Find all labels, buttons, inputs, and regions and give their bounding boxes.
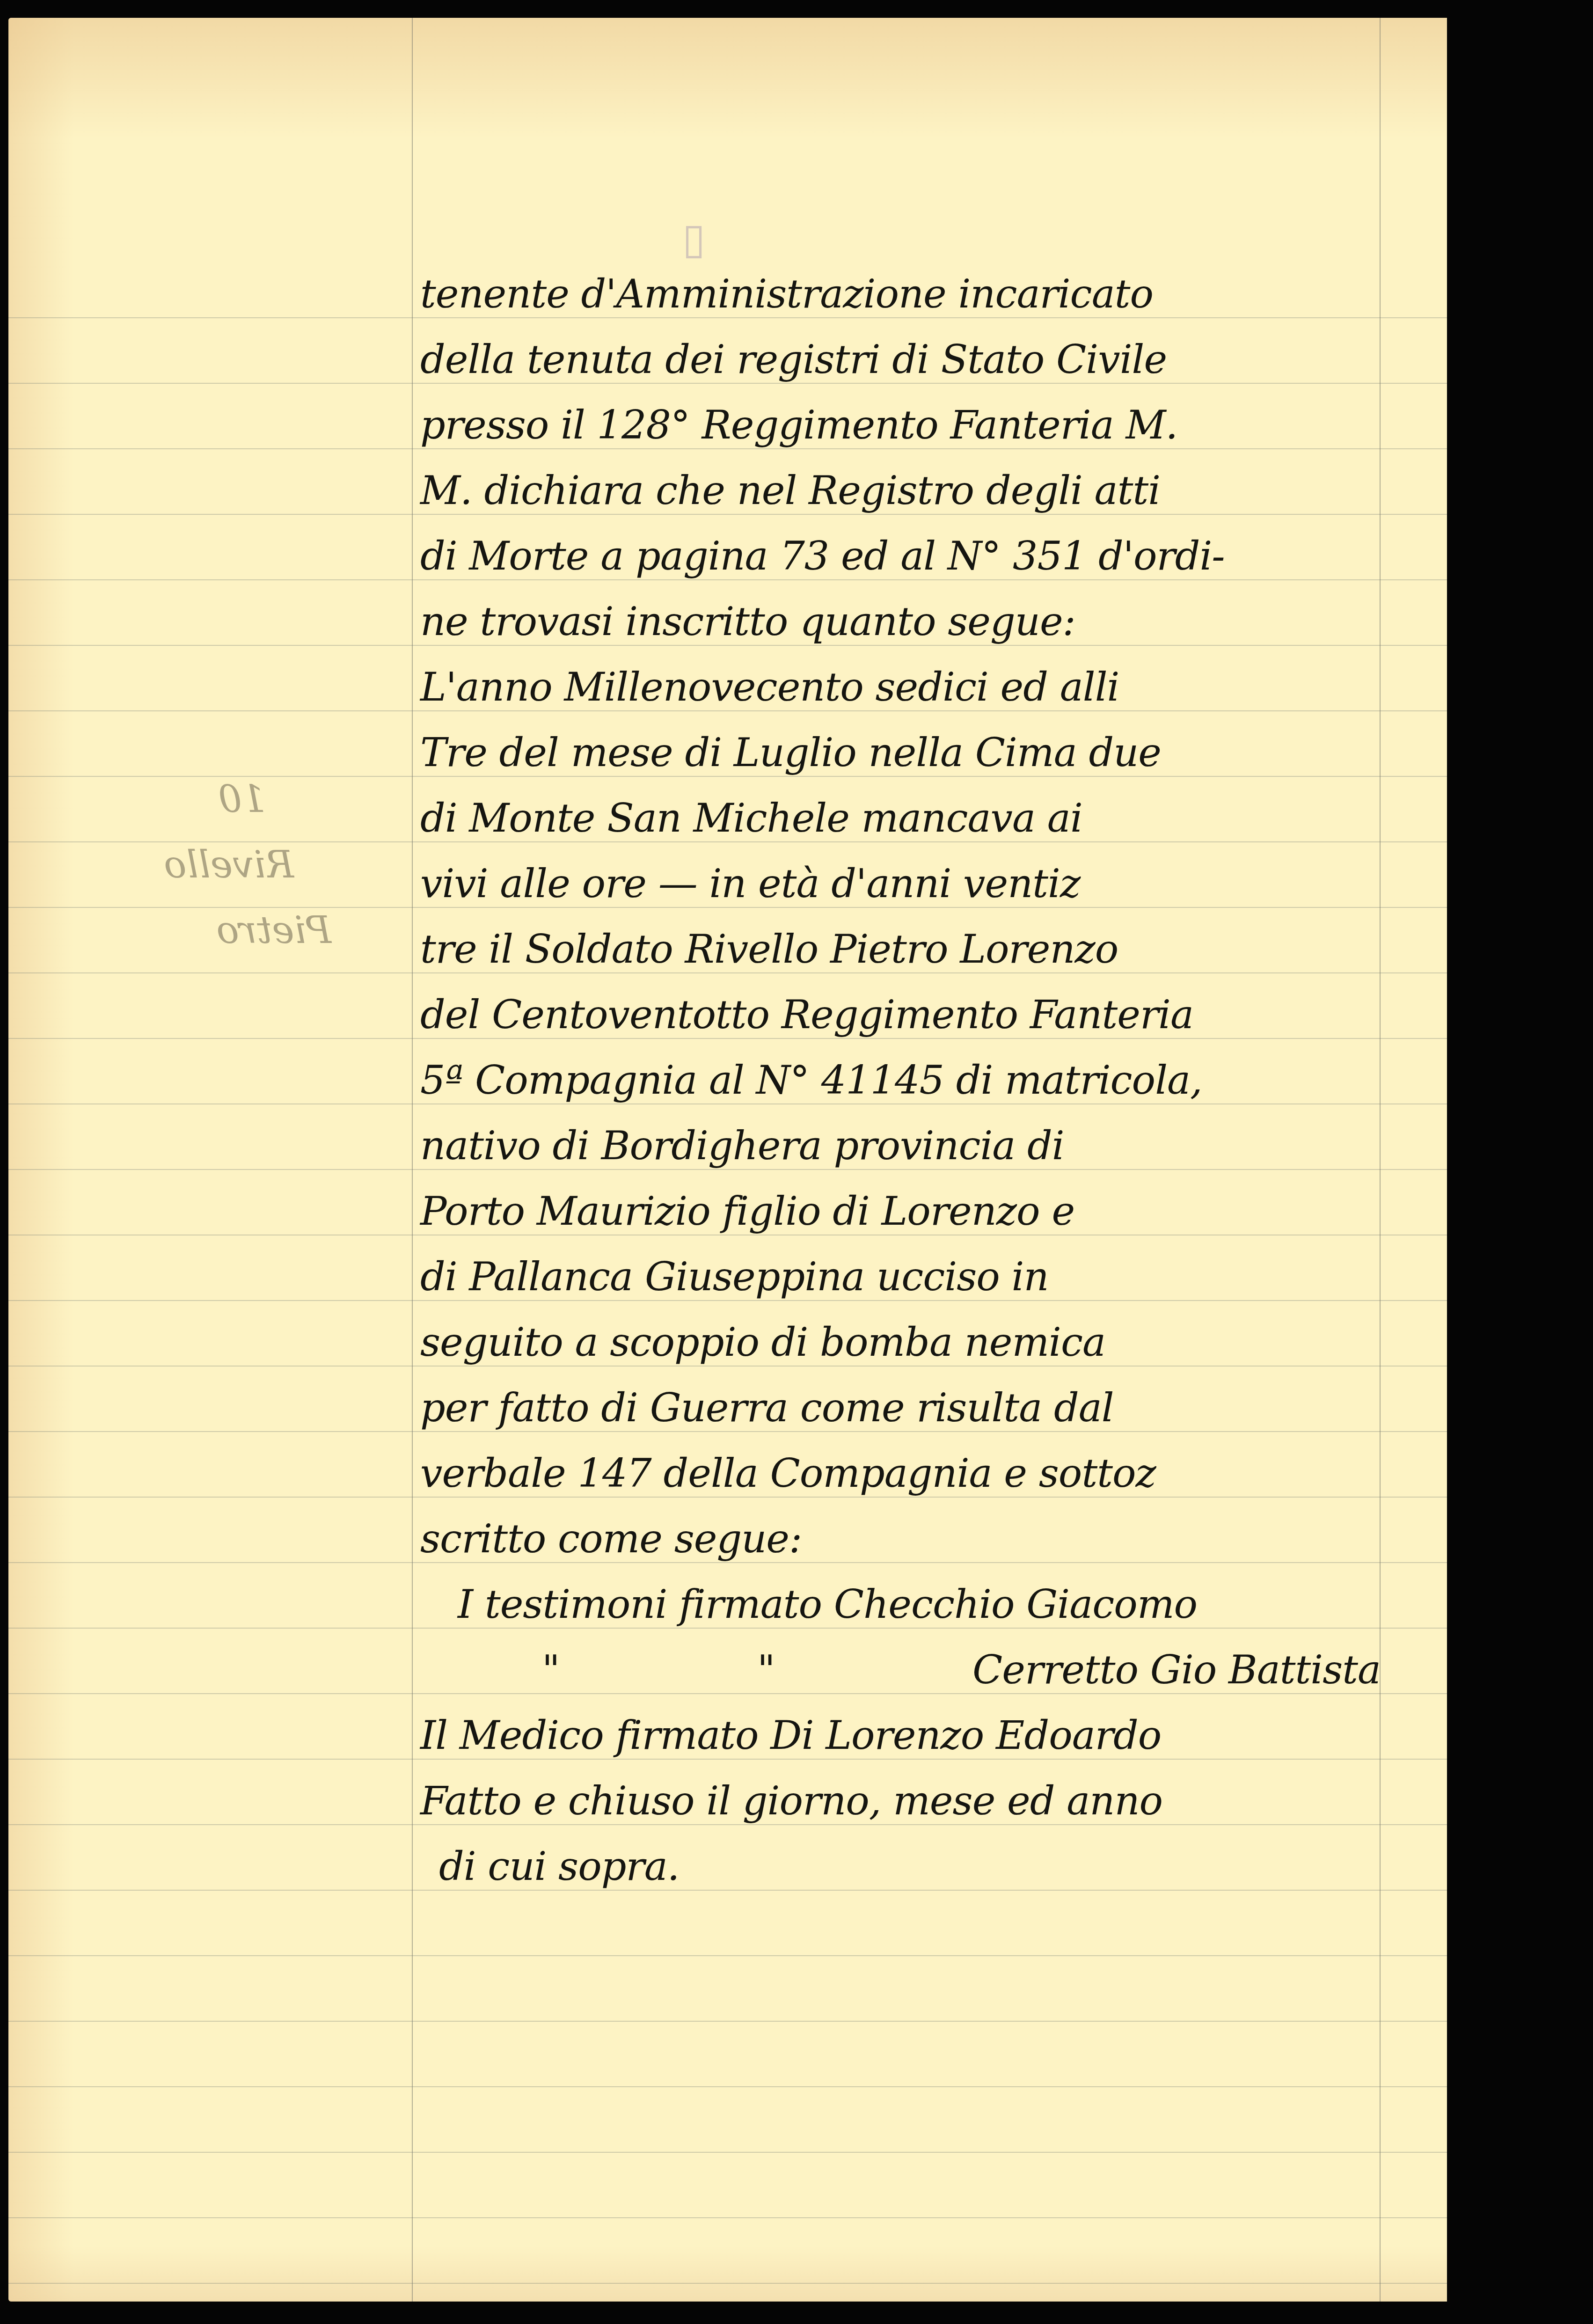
witness2-line: ""Cerretto Gio Battista bbox=[420, 1637, 1447, 1703]
paper-stain-bottom bbox=[8, 2245, 1447, 2302]
paper-stain-top bbox=[8, 18, 1447, 139]
doctor-line: Il Medico firmato Di Lorenzo Edoardo bbox=[420, 1703, 1447, 1768]
ruled-line bbox=[8, 1955, 1447, 1956]
handwritten-body: tenente d'Amministrazione incaricato del… bbox=[420, 261, 1447, 1899]
text-line: 5ª Compagnia al N° 41145 di matricola, bbox=[420, 1047, 1447, 1113]
text-line: tenente d'Amministrazione incaricato bbox=[420, 261, 1447, 327]
text-line: nativo di Bordighera provincia di bbox=[420, 1113, 1447, 1178]
ruled-line bbox=[8, 2021, 1447, 2022]
text-line: L'anno Millenovecento sedici ed alli bbox=[420, 654, 1447, 720]
ruled-line bbox=[8, 2152, 1447, 2153]
text-line: di Pallanca Giuseppina ucciso in bbox=[420, 1244, 1447, 1309]
margin-note-line: Rivello bbox=[51, 832, 387, 898]
left-margin-rule bbox=[412, 18, 413, 2302]
paper-stain-left bbox=[8, 18, 74, 2302]
text-line: scritto come segue: bbox=[420, 1506, 1447, 1571]
text-line: seguito a scoppio di bomba nemica bbox=[420, 1309, 1447, 1375]
margin-note-line: Pietro bbox=[51, 898, 387, 963]
ditto-mark: " bbox=[757, 1637, 972, 1703]
text-line: verbale 147 della Compagnia e sottoz bbox=[420, 1440, 1447, 1506]
closing-line: Fatto e chiuso il giorno, mese ed anno bbox=[420, 1768, 1447, 1834]
text-line: M. dichiara che nel Registro degli atti bbox=[420, 458, 1447, 523]
text-line: di Morte a pagina 73 ed al N° 351 d'ordi… bbox=[420, 523, 1447, 589]
ruled-line bbox=[8, 2283, 1447, 2284]
text-line: vivi alle ore — in età d'anni ventiz bbox=[420, 851, 1447, 916]
text-line: per fatto di Guerra come risulta dal bbox=[420, 1375, 1447, 1440]
text-line: tre il Soldato Rivello Pietro Lorenzo bbox=[420, 916, 1447, 982]
margin-note-line: 10 bbox=[51, 767, 387, 832]
text-line: ne trovasi inscritto quanto segue: bbox=[420, 589, 1447, 654]
ruled-line bbox=[8, 2086, 1447, 2087]
ditto-mark: " bbox=[542, 1637, 757, 1703]
ruled-line bbox=[8, 2217, 1447, 2218]
text-line: Tre del mese di Luglio nella Cima due bbox=[420, 720, 1447, 785]
text-line: di Monte San Michele mancava ai bbox=[420, 785, 1447, 851]
document-page: ▯ 10 Rivello Pietro tenente d'Amministra… bbox=[8, 18, 1447, 2302]
margin-note-bleedthrough: 10 Rivello Pietro bbox=[51, 767, 387, 963]
witness2-name: Cerretto Gio Battista bbox=[972, 1647, 1381, 1693]
text-line: presso il 128° Reggimento Fanteria M. bbox=[420, 392, 1447, 458]
text-line: della tenuta dei registri di Stato Civil… bbox=[420, 327, 1447, 392]
text-line: del Centoventotto Reggimento Fanteria bbox=[420, 982, 1447, 1047]
closing-line: di cui sopra. bbox=[420, 1834, 1447, 1899]
text-line: Porto Maurizio figlio di Lorenzo e bbox=[420, 1178, 1447, 1244]
witness-line: I testimoni firmato Checchio Giacomo bbox=[420, 1571, 1447, 1637]
